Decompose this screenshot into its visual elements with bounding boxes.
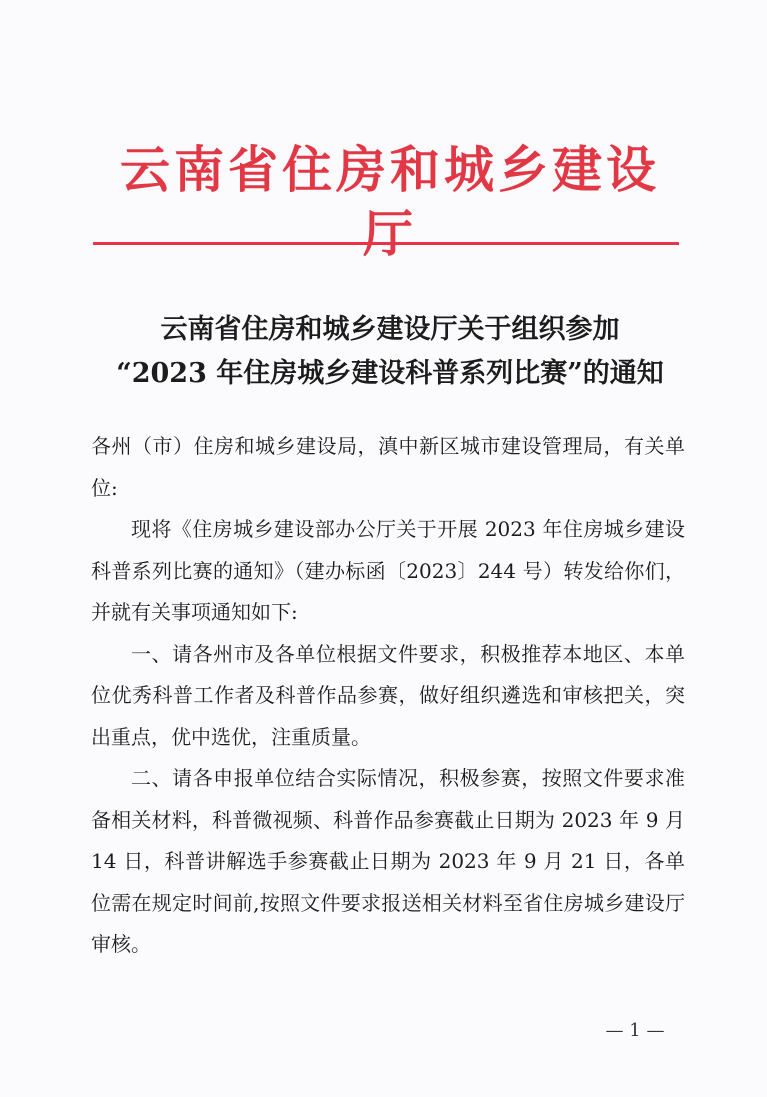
title-line-2: “2023 年住房城乡建设科普系列比赛”的通知	[90, 352, 690, 396]
document-body: 各州（市）住房和城乡建设局，滇中新区城市建设管理局，有关单位: 现将《住房城乡建…	[91, 426, 685, 966]
issuer-masthead: 云南省住房和城乡建设厅	[95, 138, 685, 266]
paragraph-item-1: 一、请各州市及各单位根据文件要求，积极推荐本地区、本单位优秀科普工作者及科普作品…	[91, 634, 685, 759]
page-number: — 1 —	[570, 1020, 700, 1041]
salutation: 各州（市）住房和城乡建设局，滇中新区城市建设管理局，有关单位:	[91, 426, 685, 509]
document-title: 云南省住房和城乡建设厅关于组织参加 “2023 年住房城乡建设科普系列比赛”的通…	[90, 308, 690, 396]
paragraph-intro: 现将《住房城乡建设部办公厅关于开展 2023 年住房城乡建设科普系列比赛的通知》…	[91, 509, 685, 634]
title-line-1: 云南省住房和城乡建设厅关于组织参加	[90, 308, 690, 352]
red-divider	[93, 242, 679, 245]
paragraph-item-2: 二、请各申报单位结合实际情况，积极参赛，按照文件要求准备相关材料，科普微视频、科…	[91, 758, 685, 966]
